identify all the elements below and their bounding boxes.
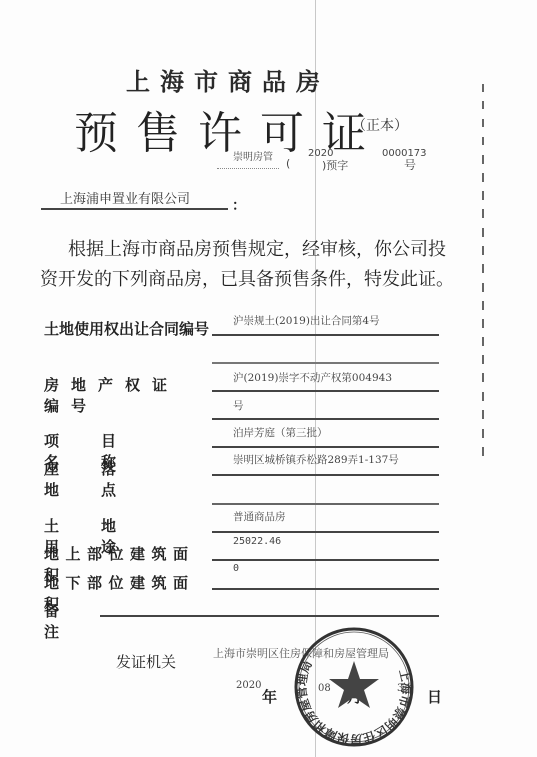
field-label-location: 座落地点 — [44, 458, 204, 500]
field-label-remarks: 备注 — [44, 600, 104, 642]
issuer-label: 发证机关 — [116, 651, 176, 672]
field-value-property-cert: 沪(2019)崇字不动产权第004943 — [233, 370, 392, 385]
body-line2: 资开发的下列商品房，已具备预售条件，特发此证。 — [40, 265, 454, 291]
official-seal: 上海市崇明区住房保障和房屋管理局 — [292, 625, 416, 749]
field-label-property-cert: 房地产权证编号 — [44, 374, 204, 416]
permit-open-paren: ( — [286, 157, 290, 170]
recipient-company: 上海浦申置业有限公司 — [60, 188, 190, 207]
field-label-land-contract: 土地使用权出让合同编号 — [44, 318, 212, 339]
permit-type: )预字 — [322, 157, 348, 173]
permit-authority-prefix: 崇明房管 — [233, 148, 273, 163]
field-value-land-contract: 沪崇规土(2019)出让合同第4号 — [233, 313, 380, 328]
field-value-property-cert-cont: 号 — [233, 398, 244, 413]
page-title: 预售许可证 — [74, 97, 384, 161]
recipient-underline — [41, 208, 228, 210]
field-value-location: 崇明区城桥镇乔松路289弄1-137号 — [233, 452, 399, 467]
field-value-project-name: 泊岸芳庭（第三批） — [233, 425, 328, 440]
title-line1: 上海市商品房 — [126, 62, 330, 97]
star-icon — [329, 661, 379, 708]
date-year: 2020 — [236, 680, 261, 691]
field-value-above-ground-area: 25022.46 — [233, 536, 281, 547]
field-value-land-use: 普通商品房 — [233, 509, 286, 524]
permit-dotted-line — [217, 168, 279, 169]
permit-suffix: 号 — [404, 156, 416, 173]
field-value-below-ground-area: 0 — [233, 563, 239, 574]
date-year-unit: 年 — [262, 686, 277, 707]
copy-type-label: （正本） — [352, 115, 408, 135]
body-line1: 根据上海市商品房预售规定，经审核，你公司投 — [68, 235, 446, 261]
date-day-unit: 日 — [427, 686, 442, 707]
recipient-colon: ： — [232, 195, 246, 215]
